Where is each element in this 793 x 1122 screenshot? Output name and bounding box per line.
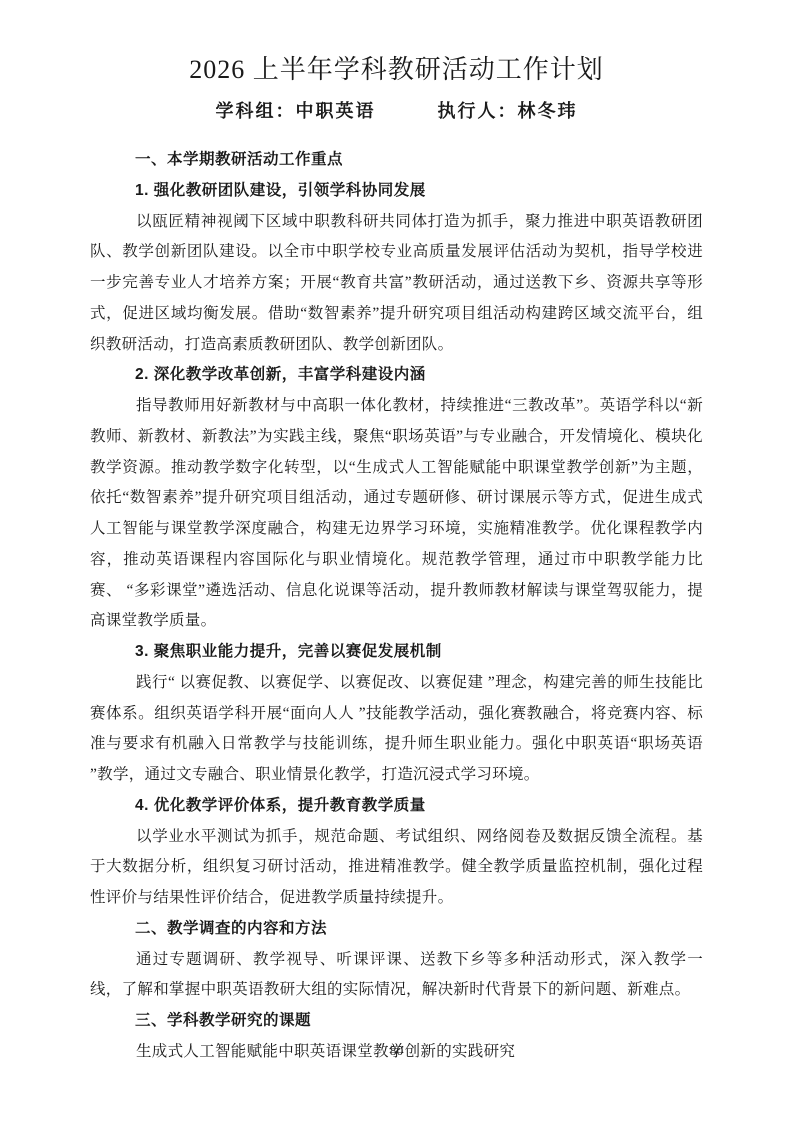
section-heading: 三、学科教学研究的课题 xyxy=(90,1006,703,1037)
page-number: 80 xyxy=(0,1042,793,1060)
paragraph: 践行“ 以赛促教、以赛促学、以赛促改、以赛促建 ”理念，构建完善的师生技能比赛体… xyxy=(90,668,703,791)
paragraph: 以学业水平测试为抓手，规范命题、考试组织、网络阅卷及数据反馈全流程。基于大数据分… xyxy=(90,822,703,914)
paragraph: 指导教师用好新教材与中高职一体化教材，持续推进“三教改革”。英语学科以“新教师、… xyxy=(90,391,703,637)
meta-subject-group: 学科组：中职英语 xyxy=(216,98,376,124)
meta-executor: 执行人：林冬玮 xyxy=(438,98,578,124)
document-body: 一、本学期教研活动工作重点 1. 强化教研团队建设，引领学科协同发展 以瓯匠精神… xyxy=(90,145,703,1068)
subsection-heading: 4. 优化教学评价体系，提升教育教学质量 xyxy=(90,791,703,822)
subsection-heading: 3. 聚焦职业能力提升，完善以赛促发展机制 xyxy=(90,637,703,668)
subsection-heading: 2. 深化教学改革创新，丰富学科建设内涵 xyxy=(90,360,703,391)
section-heading: 一、本学期教研活动工作重点 xyxy=(90,145,703,176)
document-page: 2026 上半年学科教研活动工作计划 学科组：中职英语 执行人：林冬玮 一、本学… xyxy=(0,0,793,1122)
document-title: 2026 上半年学科教研活动工作计划 xyxy=(90,52,703,88)
paragraph: 通过专题调研、教学视导、听课评课、送教下乡等多种活动形式，深入教学一线，了解和掌… xyxy=(90,945,703,1007)
paragraph: 以瓯匠精神视阈下区域中职教科研共同体打造为抓手，聚力推进中职英语教研团队、教学创… xyxy=(90,207,703,361)
document-meta: 学科组：中职英语 执行人：林冬玮 xyxy=(90,98,703,124)
section-heading: 二、教学调查的内容和方法 xyxy=(90,914,703,945)
subsection-heading: 1. 强化教研团队建设，引领学科协同发展 xyxy=(90,176,703,207)
